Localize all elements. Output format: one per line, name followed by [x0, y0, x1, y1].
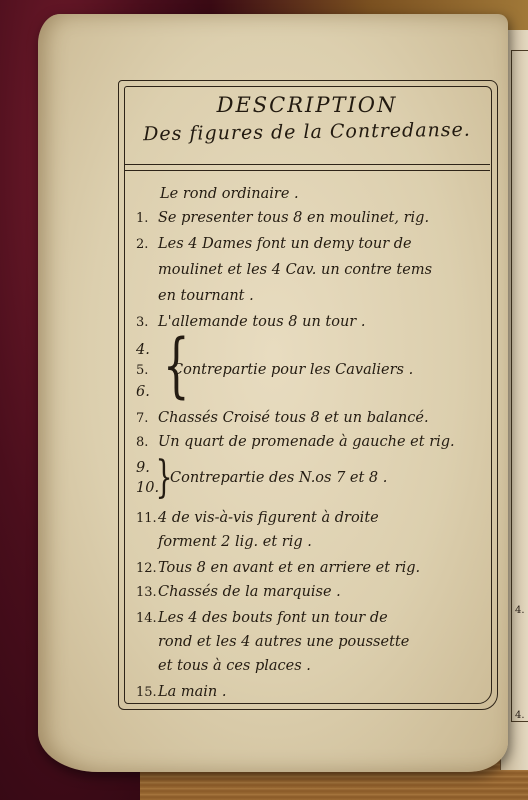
item-text: Se presenter tous 8 en moulinet, rig.: [158, 210, 429, 226]
list-item: 7.Chassés Croisé tous 8 et un balancé.: [136, 410, 429, 426]
list-item: 1.Se presenter tous 8 en moulinet, rig.: [136, 210, 429, 226]
item-text: 4 de vis-à-vis figurent à droite: [158, 510, 379, 526]
intro-line: Le rond ordinaire .: [160, 186, 299, 202]
item-text: Les 4 des bouts font un tour de: [158, 610, 388, 626]
list-item: 13.Chassés de la marquise .: [136, 584, 341, 600]
adjacent-page-frame: [511, 50, 528, 722]
item-text-continued: et tous à ces places .: [158, 658, 311, 674]
item-number: 2.: [136, 237, 158, 252]
title-divider: [124, 164, 490, 165]
item-number: 6.: [136, 384, 150, 400]
item-text-continued: forment 2 lig. et rig .: [158, 534, 312, 550]
item-number: 13.: [136, 585, 158, 600]
item-text-continued: en tournant .: [158, 288, 254, 304]
item-text: Contrepartie pour les Cavaliers .: [172, 362, 413, 378]
item-number: 9.: [136, 460, 150, 476]
item-number: 15.: [136, 685, 158, 700]
item-number: 1.: [136, 211, 158, 226]
page-title: DESCRIPTION: [124, 92, 490, 118]
list-item: 14.Les 4 des bouts font un tour de: [136, 610, 388, 626]
item-number: 3.: [136, 315, 158, 330]
list-item: 2.Les 4 Dames font un demy tour de: [136, 236, 412, 252]
item-text: La main .: [158, 684, 226, 700]
adjacent-page-mark: 4.: [515, 605, 525, 616]
title-divider: [124, 170, 490, 171]
page-subtitle: Des figures de la Contredanse.: [124, 115, 490, 148]
item-text: Les 4 Dames font un demy tour de: [158, 236, 412, 252]
item-text-continued: rond et les 4 autres une poussette: [158, 634, 409, 650]
item-text: Tous 8 en avant et en arriere et rig.: [158, 560, 420, 576]
item-number: 8.: [136, 435, 158, 450]
list-item: 15.La main .: [136, 684, 226, 700]
item-number: 5.: [136, 363, 158, 378]
item-number: 7.: [136, 411, 158, 426]
list-item: 12.Tous 8 en avant et en arriere et rig.: [136, 560, 420, 576]
list-item: 11.4 de vis-à-vis figurent à droite: [136, 510, 379, 526]
item-text: Chassés Croisé tous 8 et un balancé.: [158, 410, 429, 426]
item-text-continued: moulinet et les 4 Cav. un contre tems: [158, 262, 432, 278]
adjacent-page-mark: 4.: [515, 710, 525, 721]
item-number: 11.: [136, 511, 158, 526]
item-text: Un quart de promenade à gauche et rig.: [158, 434, 455, 450]
item-text: Contrepartie des N.os 7 et 8 .: [170, 470, 387, 486]
brace-glyph: {: [163, 330, 190, 400]
item-number: 4.: [136, 342, 150, 358]
item-number: 14.: [136, 611, 158, 626]
page-heading: DESCRIPTION Des figures de la Contredans…: [124, 92, 490, 146]
list-item: 8.Un quart de promenade à gauche et rig.: [136, 434, 455, 450]
item-text: Chassés de la marquise .: [158, 584, 341, 600]
item-number: 12.: [136, 561, 158, 576]
